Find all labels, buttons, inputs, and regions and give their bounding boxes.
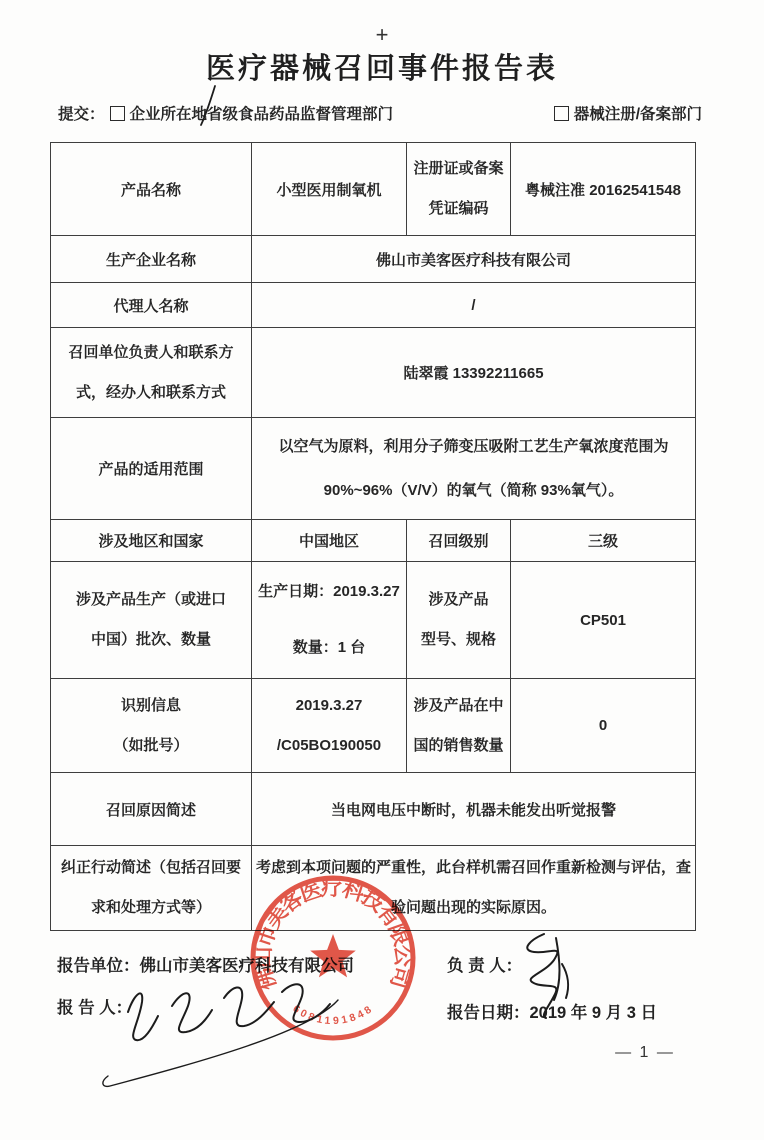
table-row: 识别信息 （如批号） 2019.3.27 /C05BO190050 涉及产品在中…	[51, 679, 696, 773]
recall-report-table: 产品名称 小型医用制氧机 注册证或备案 凭证编码 粤械注准 2016254154…	[50, 142, 696, 931]
action-label: 纠正行动简述（包括召回要 求和处理方式等）	[51, 846, 252, 931]
batch-value: 生产日期：2019.3.27 数量：1 台	[252, 562, 407, 679]
scanned-report-page: + 医疗器械召回事件报告表 提交：企业所在地省级食品药品监督管理部门 器械注册/…	[0, 0, 764, 1140]
seal-star-icon	[310, 934, 356, 977]
page-title: 医疗器械召回事件报告表	[0, 46, 764, 87]
report-date-value: 2019 年 9 月 3 日	[530, 1004, 657, 1022]
submit-option-2-label: 器械注册/备案部门	[574, 102, 702, 124]
scope-label: 产品的适用范围	[51, 418, 252, 520]
recall-level-value: 三级	[511, 520, 696, 562]
product-name-label: 产品名称	[51, 143, 252, 236]
table-row: 涉及产品生产（或进口 中国）批次、数量 生产日期：2019.3.27 数量：1 …	[51, 562, 696, 679]
region-value: 中国地区	[252, 520, 407, 562]
agent-label: 代理人名称	[51, 283, 252, 328]
page-number: — 1 —	[590, 1044, 700, 1062]
submit-option-1-label: 企业所在地省级食品药品监督管理部门	[130, 102, 394, 124]
table-row: 召回单位负责人和联系方 式，经办人和联系方式 陆翠霞 13392211665	[51, 328, 696, 418]
agent-value: /	[252, 283, 696, 328]
reporter-label: 报 告 人：	[57, 994, 132, 1018]
id-info-value: 2019.3.27 /C05BO190050	[252, 679, 407, 773]
seal-number-text: 6081191848	[291, 1002, 376, 1027]
model-value: CP501	[511, 562, 696, 679]
batch-label: 涉及产品生产（或进口 中国）批次、数量	[51, 562, 252, 679]
registration-cross-mark: +	[0, 22, 764, 48]
submit-option-2: 器械注册/备案部门	[552, 102, 702, 124]
registration-label: 注册证或备案 凭证编码	[407, 143, 511, 236]
table-row: 产品名称 小型医用制氧机 注册证或备案 凭证编码 粤械注准 2016254154…	[51, 143, 696, 236]
submit-line: 提交：企业所在地省级食品药品监督管理部门 器械注册/备案部门	[58, 102, 702, 124]
contact-label: 召回单位负责人和联系方 式，经办人和联系方式	[51, 328, 252, 418]
submit-option-1: 提交：企业所在地省级食品药品监督管理部门	[58, 102, 393, 124]
sales-value: 0	[511, 679, 696, 773]
company-seal: 佛山市美客医疗科技有限公司 6081191848	[245, 870, 421, 1046]
sales-label: 涉及产品在中 国的销售数量	[407, 679, 511, 773]
table-row: 生产企业名称 佛山市美客医疗科技有限公司	[51, 236, 696, 283]
table-row: 召回原因简述 当电网电压中断时，机器未能发出听觉报警	[51, 773, 696, 846]
model-label: 涉及产品 型号、规格	[407, 562, 511, 679]
recall-level-label: 召回级别	[407, 520, 511, 562]
table-row: 涉及地区和国家 中国地区 召回级别 三级	[51, 520, 696, 562]
report-date-label: 报告日期：	[447, 1004, 530, 1022]
region-label: 涉及地区和国家	[51, 520, 252, 562]
manufacturer-value: 佛山市美客医疗科技有限公司	[252, 236, 696, 283]
table-row: 代理人名称 /	[51, 283, 696, 328]
scope-value: 以空气为原料，利用分子筛变压吸附工艺生产氧浓度范围为 90%~96%（V/V）的…	[252, 418, 696, 520]
checkbox-option-2	[554, 106, 569, 121]
table-row: 产品的适用范围 以空气为原料，利用分子筛变压吸附工艺生产氧浓度范围为 90%~9…	[51, 418, 696, 520]
manufacturer-label: 生产企业名称	[51, 236, 252, 283]
product-name-value: 小型医用制氧机	[252, 143, 407, 236]
report-date-line: 报告日期：2019 年 9 月 3 日	[447, 999, 657, 1023]
contact-value: 陆翠霞 13392211665	[252, 328, 696, 418]
reason-value: 当电网电压中断时，机器未能发出听觉报警	[252, 773, 696, 846]
reason-label: 召回原因简述	[51, 773, 252, 846]
seal-company-text: 佛山市美客医疗科技有限公司	[250, 875, 416, 993]
principal-label: 负 责 人：	[447, 952, 522, 976]
registration-value: 粤械注准 20162541548	[511, 143, 696, 236]
submit-prefix-label: 提交：	[58, 102, 105, 124]
checkbox-option-1	[110, 106, 125, 121]
id-info-label: 识别信息 （如批号）	[51, 679, 252, 773]
report-unit-label: 报告单位：	[57, 957, 140, 975]
